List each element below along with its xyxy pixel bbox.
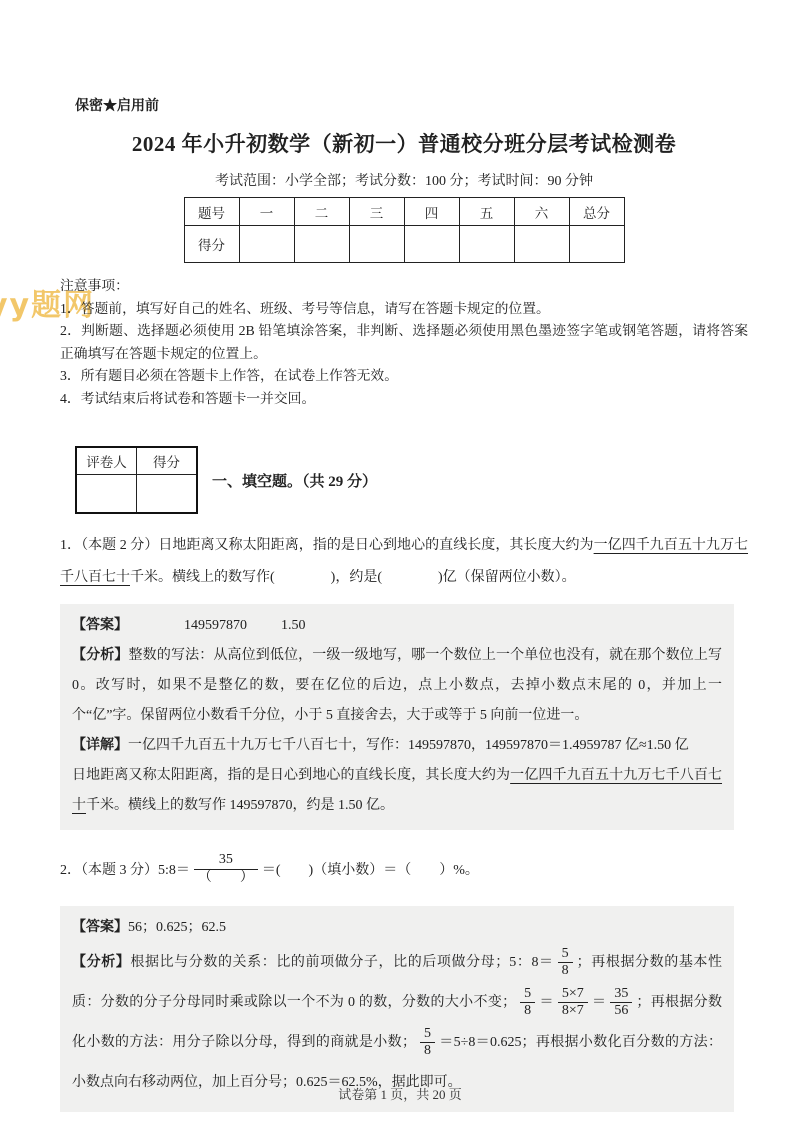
- fraction-5-8: 58: [520, 986, 535, 1019]
- grader-cell-empty: [137, 475, 198, 514]
- detail-label: 【详解】: [72, 738, 128, 753]
- question-2-stem: 2．（本题 3 分）5:8＝35（ ）＝( )（填小数）＝（ ）%。: [60, 842, 748, 896]
- grader-cell-label: 评卷人: [76, 447, 137, 475]
- q2-analysis-text: 根据比与分数的关系：比的前项做分子，比的后项做分母；5：8＝: [130, 955, 553, 970]
- score-table-score-row: 得分: [184, 226, 624, 263]
- q2-answer-block: 【答案】56；0.625；62.5 【分析】根据比与分数的关系：比的前项做分子，…: [60, 906, 734, 1112]
- equals-sign: ＝: [592, 995, 607, 1010]
- score-cell-label: 三: [349, 198, 404, 226]
- q2-answer-value: 56；0.625；62.5: [128, 920, 226, 935]
- q2-answer-line: 【答案】56；0.625；62.5: [72, 913, 722, 943]
- notice-title: 注意事项：: [60, 275, 748, 298]
- fraction-denominator: 8: [558, 963, 573, 979]
- notice-item: 4．考试结束后将试卷和答题卡一并交回。: [60, 388, 748, 411]
- fraction-5-8: 58: [420, 1026, 435, 1059]
- q2-formula-lhs: 5:8＝: [158, 859, 190, 879]
- grader-score-box: 评卷人 得分: [75, 446, 198, 514]
- fraction-denominator: （ ）: [194, 870, 258, 886]
- score-cell-empty: [514, 226, 569, 263]
- fraction-numerator: 5: [520, 986, 535, 1003]
- notice-section: 注意事项： 1．答题前，填写好自己的姓名、班级、考号等信息，请写在答题卡规定的位…: [60, 275, 748, 410]
- q2-stem-text: 2．（本题 3 分）: [60, 859, 158, 879]
- score-table-header-row: 题号 一 二 三 四 五 六 总分: [184, 198, 624, 226]
- fraction-5x7-8x7: 5×78×7: [558, 986, 588, 1019]
- score-summary-table: 题号 一 二 三 四 五 六 总分 得分: [184, 197, 625, 263]
- score-cell-empty: [459, 226, 514, 263]
- exam-info-line: 考试范围：小学全部；考试分数：100 分；考试时间：90 分钟: [60, 170, 748, 190]
- score-cell-label: 总分: [569, 198, 624, 226]
- q1-answer-value: 149597870: [184, 618, 247, 633]
- fraction-numerator: 5: [558, 946, 573, 963]
- score-cell-label: 六: [514, 198, 569, 226]
- q1-stem-text: 1．（本题 2 分）日地距离又称太阳距离，指的是日心到地心的直线长度，其长度大约…: [60, 538, 594, 553]
- notice-item: 3．所有题目必须在答题卡上作答，在试卷上作答无效。: [60, 365, 748, 388]
- fraction-numerator: 5×7: [558, 986, 588, 1003]
- exam-paper-page: yy题网 保密★启用前 2024 年小升初数学（新初一）普通校分班分层考试检测卷…: [0, 0, 800, 1131]
- fraction-5-8: 58: [558, 946, 573, 979]
- question-1-stem: 1．（本题 2 分）日地距离又称太阳距离，指的是日心到地心的直线长度，其长度大约…: [60, 530, 748, 594]
- q1-stem-text: 千米。横线上的数写作( )，约是( )亿（保留两位小数）。: [130, 570, 576, 585]
- score-cell-empty: [569, 226, 624, 263]
- fraction-denominator: 8: [520, 1003, 535, 1019]
- score-cell-label: 一: [239, 198, 294, 226]
- answer-label: 【答案】: [72, 920, 128, 935]
- q1-detail-line2: 日地距离又称太阳距离，指的是日心到地心的直线长度，其长度大约为一亿四千九百五十九…: [72, 761, 722, 821]
- score-cell-label: 题号: [184, 198, 239, 226]
- fraction-35-56: 3556: [610, 986, 632, 1019]
- q1-answer-value: 1.50: [281, 618, 306, 633]
- notice-item: 1．答题前，填写好自己的姓名、班级、考号等信息，请写在答题卡规定的位置。: [60, 298, 748, 321]
- equals-sign: ＝: [539, 995, 554, 1010]
- fraction-numerator: 35: [610, 986, 632, 1003]
- q2-analysis: 【分析】根据比与分数的关系：比的前项做分子，比的后项做分母；5：8＝58；再根据…: [72, 943, 722, 1103]
- page-footer: 试卷第 1 页，共 20 页: [0, 1084, 800, 1103]
- q1-detail-text: 日地距离又称太阳距离，指的是日心到地心的直线长度，其长度大约为: [72, 768, 510, 783]
- secrecy-label: 保密★启用前: [75, 95, 748, 115]
- q1-answer-block: 【答案】1495978701.50 【分析】整数的写法：从高位到低位，一级一级地…: [60, 604, 734, 830]
- q2-fraction-blank: 35（ ）: [194, 852, 258, 885]
- q1-detail-text: 一亿四千九百五十九万七千八百七十，写作：149597870，149597870＝…: [128, 738, 689, 753]
- fraction-denominator: 56: [610, 1003, 632, 1019]
- grader-cell-empty: [76, 475, 137, 514]
- notice-item: 2．判断题、选择题必须使用 2B 铅笔填涂答案，非判断、选择题必须使用黑色墨迹签…: [60, 320, 748, 365]
- score-cell-label: 五: [459, 198, 514, 226]
- fraction-denominator: 8: [420, 1043, 435, 1059]
- fraction-numerator: 35: [194, 852, 258, 869]
- fraction-denominator: 8×7: [558, 1003, 588, 1019]
- q1-analysis-text: 整数的写法：从高位到低位，一级一级地写，哪一个数位上一个单位也没有，就在那个数位…: [72, 648, 722, 723]
- q1-detail-text: 千米。横线上的数写作 149597870，约是 1.50 亿。: [86, 798, 394, 813]
- score-cell-label: 得分: [184, 226, 239, 263]
- grader-section: 评卷人 得分 一、填空题。（共 29 分）: [75, 446, 748, 514]
- q1-answer-line: 【答案】1495978701.50: [72, 611, 722, 641]
- page-title: 2024 年小升初数学（新初一）普通校分班分层考试检测卷: [60, 128, 748, 158]
- section-1-title: 一、填空题。（共 29 分）: [212, 470, 377, 491]
- grader-cell-label: 得分: [137, 447, 198, 475]
- answer-label: 【答案】: [72, 618, 128, 633]
- score-cell-empty: [349, 226, 404, 263]
- score-cell-label: 四: [404, 198, 459, 226]
- fraction-numerator: 5: [420, 1026, 435, 1043]
- score-cell-empty: [404, 226, 459, 263]
- q1-analysis: 【分析】整数的写法：从高位到低位，一级一级地写，哪一个数位上一个单位也没有，就在…: [72, 641, 722, 731]
- q1-detail-line1: 【详解】一亿四千九百五十九万七千八百七十，写作：149597870，149597…: [72, 731, 722, 761]
- analysis-label: 【分析】: [72, 955, 130, 970]
- q2-formula-rest: ＝( )（填小数）＝（ ）%。: [262, 859, 479, 879]
- score-cell-label: 二: [294, 198, 349, 226]
- analysis-label: 【分析】: [72, 648, 129, 663]
- score-cell-empty: [239, 226, 294, 263]
- score-cell-empty: [294, 226, 349, 263]
